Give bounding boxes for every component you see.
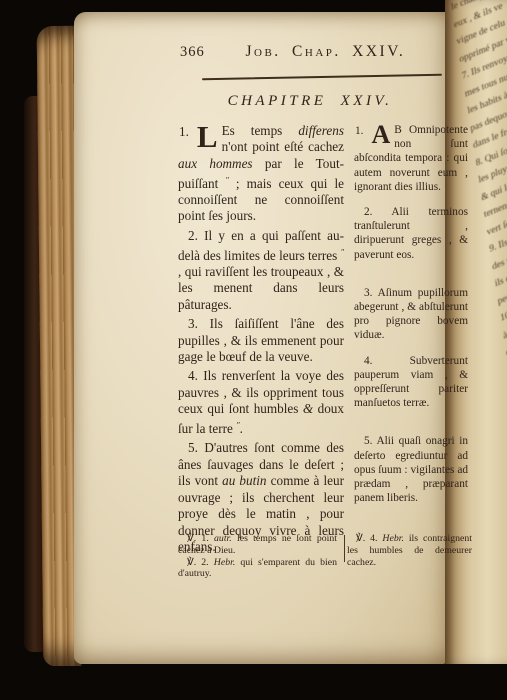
verse-french-2: 2. Il y en a qui paſſent au-delà des lim…	[178, 228, 344, 313]
verse-number: 2.	[364, 206, 372, 218]
footnotes-right: ℣. 4. Hebr. ils contraignent les humbles…	[347, 533, 472, 580]
verse-french-4: 4. Ils renverſent la voye des pauvres , …	[178, 368, 344, 437]
verse-text: Ils ſaiſiſſent l'âne des pupilles , & il…	[178, 316, 344, 364]
verse-number: 2.	[188, 228, 198, 243]
verse-french-3: 3. Ils ſaiſiſſent l'âne des pupilles , &…	[178, 316, 344, 365]
running-title: Job. Chap. XXIV.	[205, 43, 446, 61]
verse-text: Aſinum pupillorum abegerunt , & abſtuler…	[354, 287, 468, 342]
footnote: ℣. 2. Hebr. qui s'emparent du bien d'aut…	[178, 557, 337, 581]
book-photo: le champ qui aeux , & ils vevigne de cel…	[0, 0, 507, 700]
page-content: 366 Job. Chap. XXIV. CHAPITRE XXIV. 1.LE…	[74, 12, 450, 664]
footnotes: ℣. 1. autr. les temps ne ſont point cach…	[178, 533, 472, 580]
header-rule	[202, 74, 442, 81]
verse-text: Alii terminos tranſtulerunt , diripuerun…	[354, 206, 468, 261]
footnote-divider	[344, 535, 345, 562]
verse-text: Il y en a qui paſſent au-delà des limite…	[178, 228, 344, 312]
footnote: ℣. 1. autr. les temps ne ſont point cach…	[178, 533, 337, 557]
verse-latin-3: 3. Aſinum pupillorum abegerunt , & abſtu…	[354, 286, 468, 343]
page-number: 366	[180, 44, 205, 61]
page-header: 366 Job. Chap. XXIV.	[180, 43, 446, 61]
verse-number: 4.	[188, 368, 198, 383]
dropcap-letter: L	[197, 124, 218, 150]
chapter-title: CHAPITRE XXIV.	[174, 93, 446, 110]
dropcap-letter: A	[371, 124, 390, 146]
verse-latin-4: 4. Subverterunt pauperum viam , & oppreſ…	[354, 354, 468, 411]
column-latin: 1.AB Omnipotente non ſunt abſcondita tem…	[354, 123, 468, 558]
column-french: 1.LEs temps differens n'ont point eſté c…	[178, 123, 344, 558]
verse-latin-1: 1.AB Omnipotente non ſunt abſcondita tem…	[354, 123, 468, 194]
text-columns: 1.LEs temps differens n'ont point eſté c…	[178, 123, 472, 558]
verse-number: 3.	[188, 316, 198, 331]
verse-french-1: 1.LEs temps differens n'ont point eſté c…	[178, 123, 344, 225]
verse-number: 1.	[355, 124, 363, 138]
verse-number: 1.	[179, 124, 189, 140]
verse-number: 5.	[188, 440, 198, 455]
verse-number: 3.	[364, 287, 372, 299]
footnote: ℣. 4. Hebr. ils contraignent les humbles…	[347, 533, 472, 568]
verse-number: 5.	[364, 435, 372, 447]
verse-number: 4.	[364, 355, 372, 367]
verse-text: Alii quaſi onagri in deſerto egrediuntur…	[354, 435, 468, 504]
footnotes-left: ℣. 1. autr. les temps ne ſont point cach…	[178, 533, 337, 580]
verse-text: Subverterunt pauperum viam , & oppreſſer…	[354, 355, 468, 410]
verse-text: Ils renverſent la voye des pauvres , & i…	[178, 368, 344, 436]
verse-latin-5: 5. Alii quaſi onagri in deſerto egrediun…	[354, 434, 468, 505]
verse-latin-2: 2. Alii terminos tranſtulerunt , diripue…	[354, 205, 468, 262]
